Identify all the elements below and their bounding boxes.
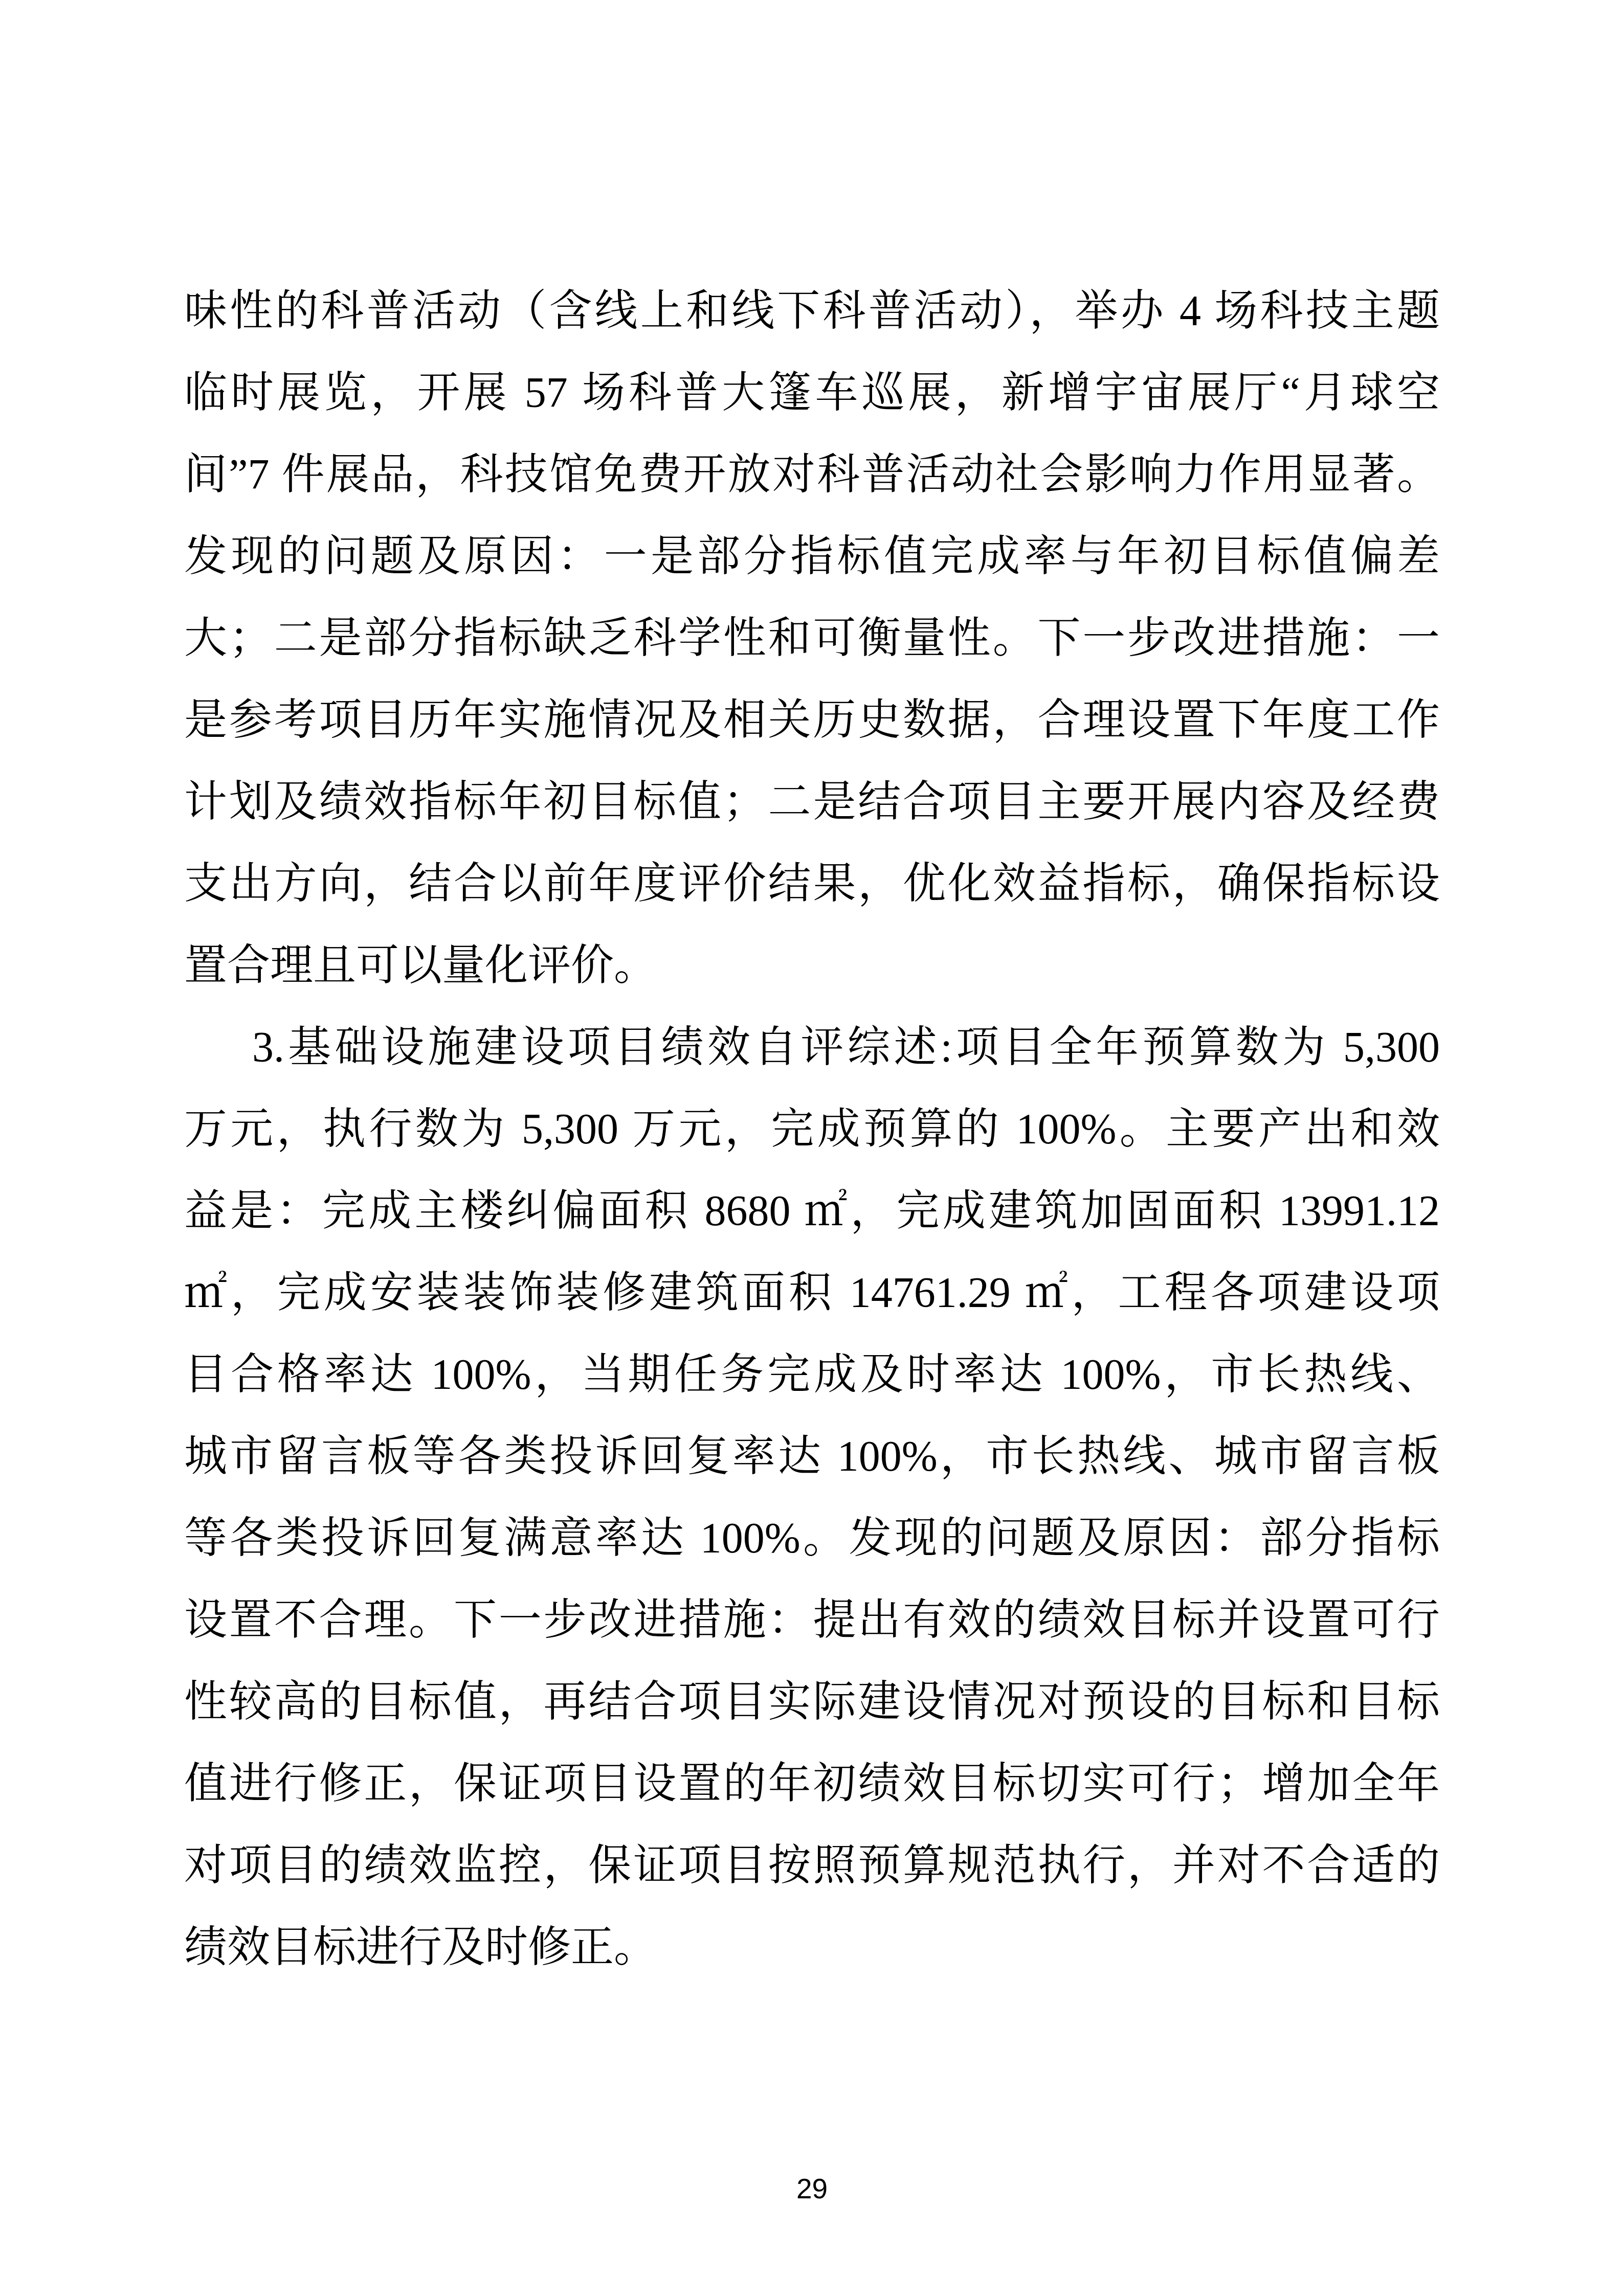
page-number: 29 — [0, 2172, 1624, 2205]
text-line: 大；二是部分指标缺乏科学性和可衡量性。下一步改进措施：一 — [184, 598, 1440, 680]
text-line: 计划及绩效指标年初目标值；二是结合项目主要开展内容及经费 — [184, 761, 1440, 843]
text-line: 万元，执行数为 5,300 万元，完成预算的 100%。主要产出和效 — [184, 1089, 1440, 1170]
text-line: 设置不合理。下一步改进措施：提出有效的绩效目标并设置可行 — [184, 1580, 1440, 1661]
text-line: 味性的科普活动（含线上和线下科普活动），举办 4 场科技主题 — [184, 271, 1440, 352]
text-line: 支出方向，结合以前年度评价结果，优化效益指标，确保指标设 — [184, 843, 1440, 925]
text-line: 城市留言板等各类投诉回复率达 100%，市长热线、城市留言板 — [184, 1416, 1440, 1498]
text-line: ㎡，完成安装装饰装修建筑面积 14761.29 ㎡，工程各项建设项 — [184, 1252, 1440, 1334]
text-line: 益是：完成主楼纠偏面积 8680 ㎡，完成建筑加固面积 13991.12 — [184, 1170, 1440, 1252]
text-line: 性较高的目标值，再结合项目实际建设情况对预设的目标和目标 — [184, 1661, 1440, 1743]
text-line: 3.基础设施建设项目绩效自评综述:项目全年预算数为 5,300 — [184, 1007, 1440, 1089]
text-line: 值进行修正，保证项目设置的年初绩效目标切实可行；增加全年 — [184, 1743, 1440, 1825]
text-line: 对项目的绩效监控，保证项目按照预算规范执行，并对不合适的 — [184, 1825, 1440, 1907]
body-text: 味性的科普活动（含线上和线下科普活动），举办 4 场科技主题 临时展览，开展 5… — [184, 271, 1440, 1989]
text-line: 是参考项目历年实施情况及相关历史数据，合理设置下年度工作 — [184, 680, 1440, 761]
text-line: 绩效目标进行及时修正。 — [184, 1907, 1440, 1989]
text-line: 置合理且可以量化评价。 — [184, 925, 1440, 1007]
text-line: 间”7 件展品，科技馆免费开放对科普活动社会影响力作用显著。 — [184, 434, 1440, 516]
text-line: 目合格率达 100%，当期任务完成及时率达 100%，市长热线、 — [184, 1334, 1440, 1416]
text-line: 临时展览，开展 57 场科普大篷车巡展，新增宇宙展厅“月球空 — [184, 352, 1440, 434]
text-line: 发现的问题及原因：一是部分指标值完成率与年初目标值偏差 — [184, 516, 1440, 598]
text-line: 等各类投诉回复满意率达 100%。发现的问题及原因：部分指标 — [184, 1498, 1440, 1580]
document-page: 味性的科普活动（含线上和线下科普活动），举办 4 场科技主题 临时展览，开展 5… — [0, 0, 1624, 2296]
